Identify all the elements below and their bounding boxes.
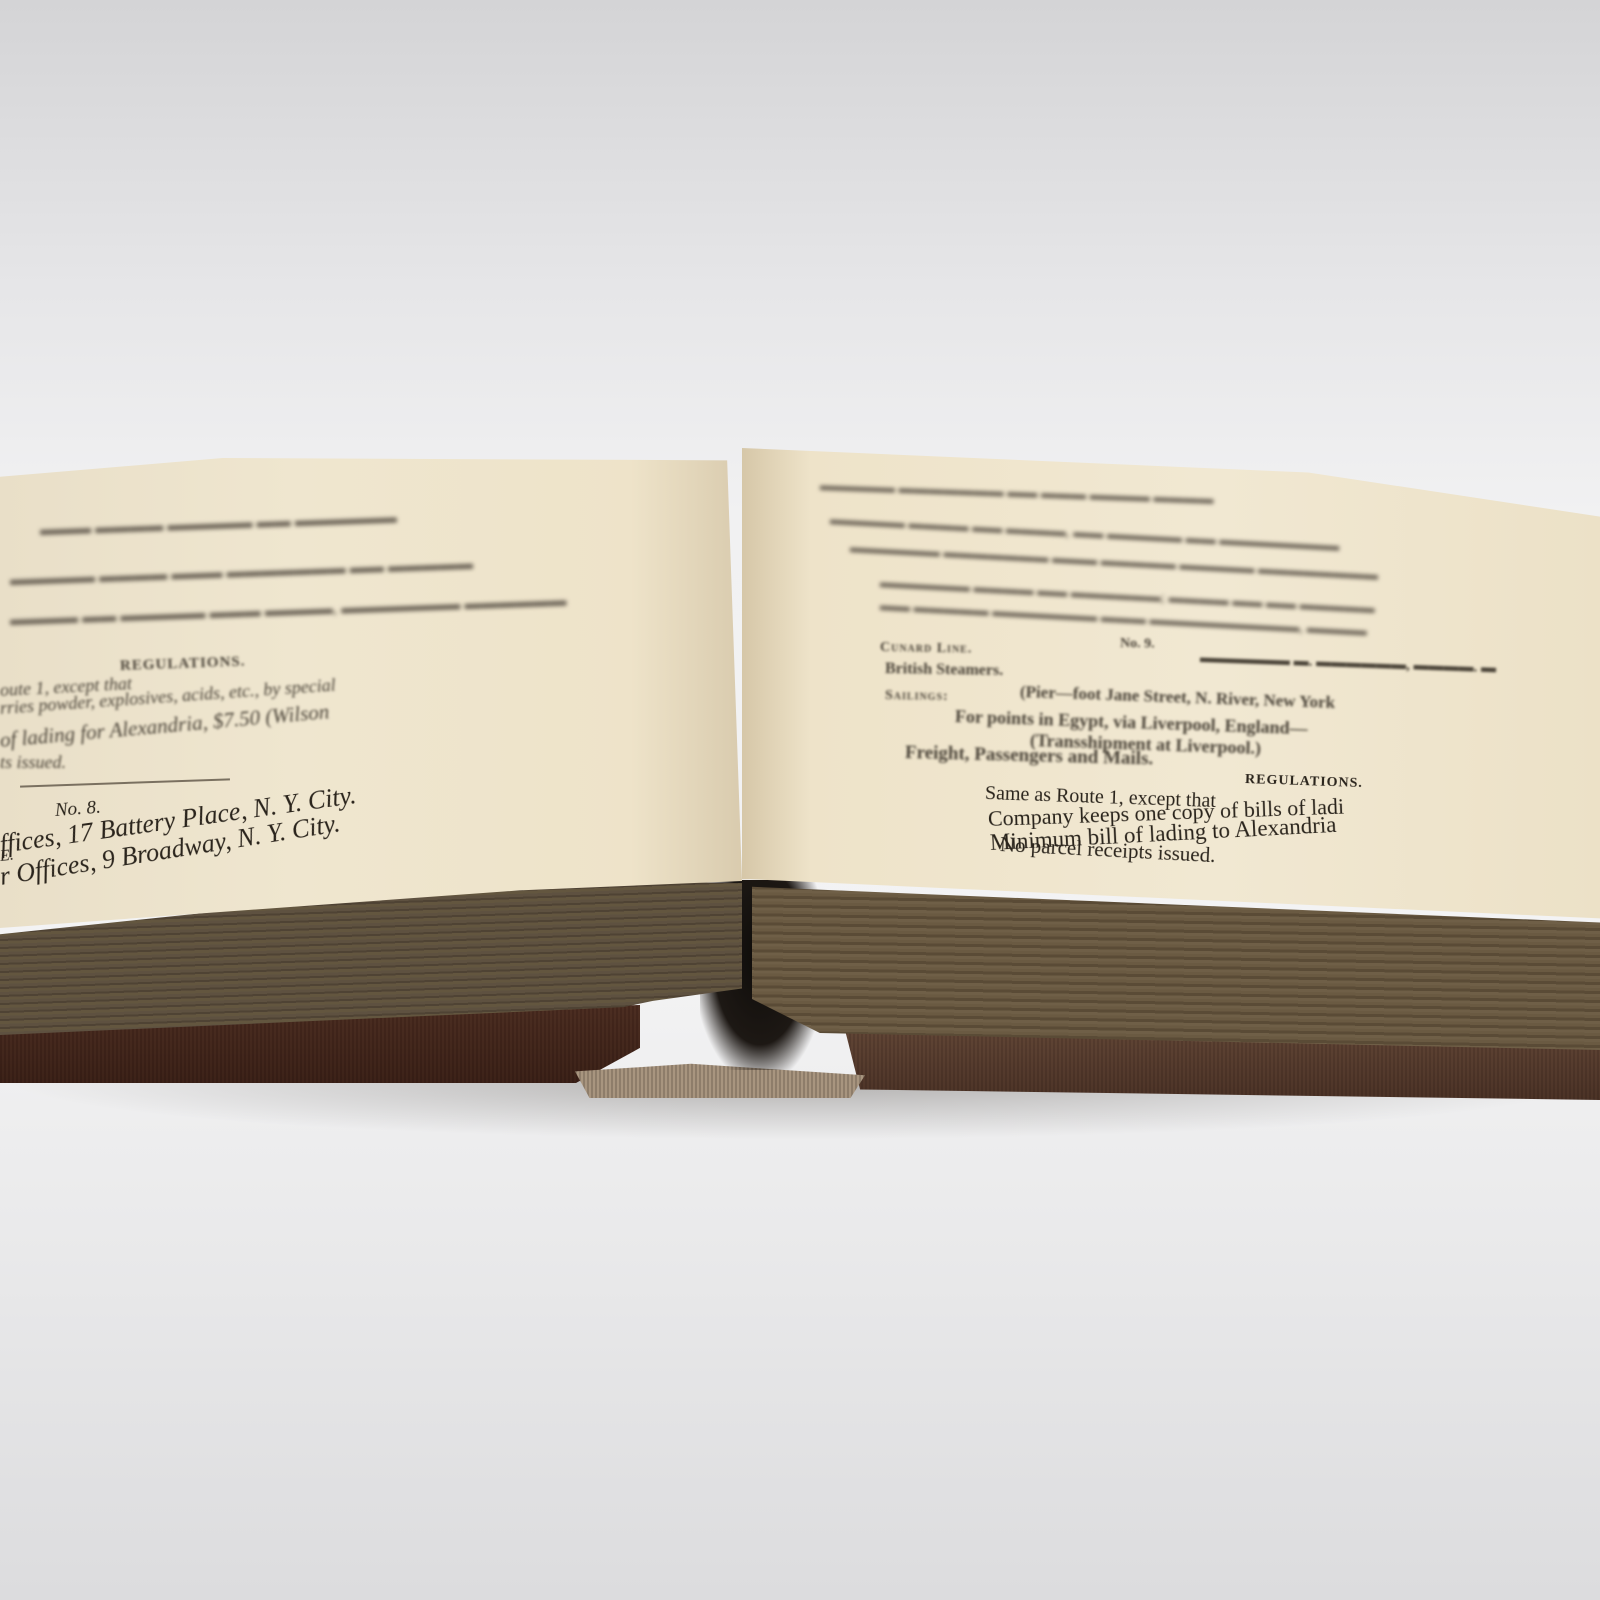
cunard-line-label: Cunard Line. bbox=[880, 640, 973, 658]
route-number-9: No. 9. bbox=[1120, 636, 1155, 653]
sailings-label: Sailings: bbox=[885, 688, 949, 705]
ship-type: British Steamers. bbox=[885, 660, 1003, 680]
left-page-line: ts issued. bbox=[0, 752, 66, 773]
book-photo: ▬▬▬ ▬▬▬▬ ▬▬▬▬▬ ▬▬ ▬▬▬▬▬▬ ▬▬▬▬▬ ▬▬▬▬ ▬▬▬ … bbox=[0, 0, 1600, 1600]
